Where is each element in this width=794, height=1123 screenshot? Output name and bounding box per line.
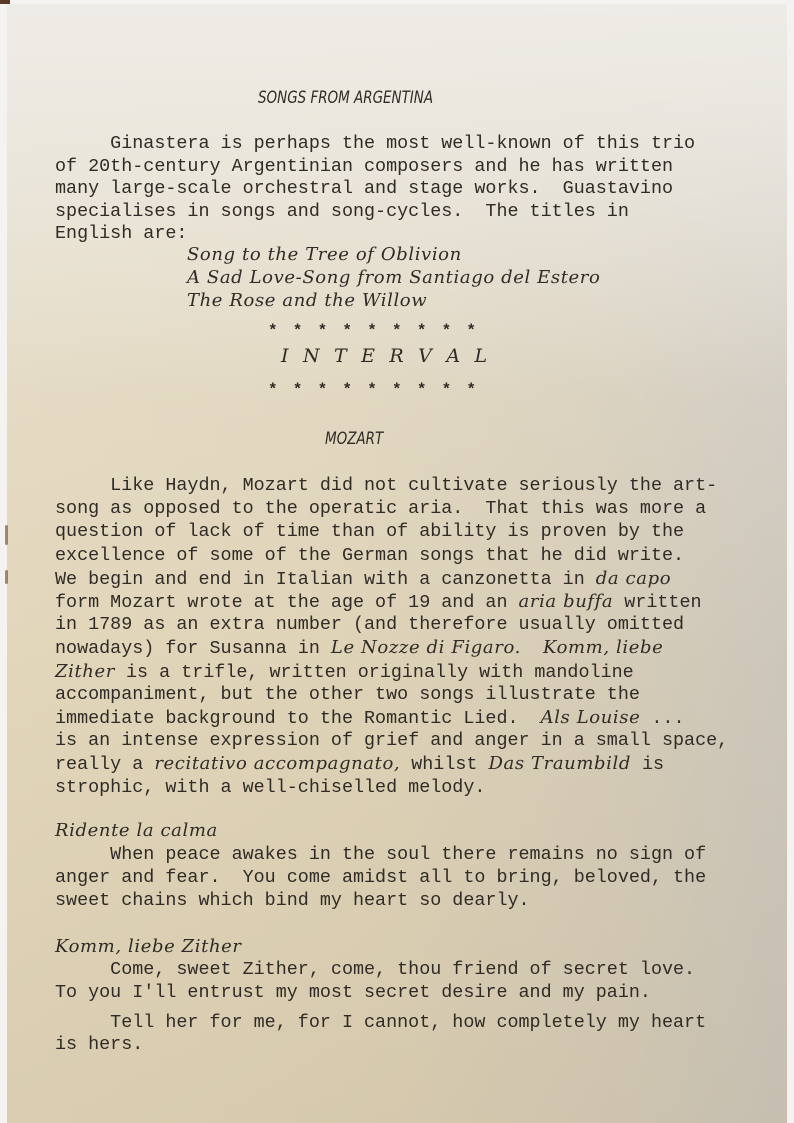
- text-line: in 1789 as an extra number (and therefor…: [55, 613, 684, 636]
- text-line: English are:: [55, 222, 187, 245]
- text-line: really a recitativo accompagnato, whilst…: [55, 752, 664, 776]
- section-heading-argentina: SONGS FROM ARGENTINA: [258, 87, 433, 110]
- text-line: When peace awakes in the soul there rema…: [55, 843, 706, 866]
- text-line: accompaniment, but the other two songs i…: [55, 683, 640, 706]
- text-line: Come, sweet Zither, come, thou friend of…: [55, 958, 695, 981]
- italic-phrase: Als Louise: [541, 707, 641, 728]
- text-line: We begin and end in Italian with a canzo…: [55, 567, 671, 591]
- interval-stars-top: * * * * * * * * *: [268, 320, 479, 343]
- text-line: is hers.: [55, 1033, 143, 1056]
- text-line: question of lack of time than of ability…: [55, 520, 684, 543]
- italic-phrase: Le Nozze di Figaro.: [331, 637, 521, 658]
- typed-document: SONGS FROM ARGENTINA Ginastera is perhap…: [0, 0, 794, 1123]
- text-line: specialises in songs and song-cycles. Th…: [55, 200, 629, 223]
- text-line: form Mozart wrote at the age of 19 and a…: [55, 590, 702, 614]
- song-title-line: Song to the Tree of Oblivion: [187, 243, 462, 266]
- text-line: sweet chains which bind my heart so dear…: [55, 889, 530, 912]
- text-line: many large-scale orchestral and stage wo…: [55, 177, 673, 200]
- italic-phrase: da capo: [596, 568, 671, 589]
- italic-phrase: recitativo accompagnato,: [154, 753, 400, 774]
- italic-phrase: aria buffa: [519, 591, 614, 612]
- text-line: strophic, with a well-chiselled melody.: [55, 776, 485, 799]
- italic-phrase: Zither: [55, 661, 115, 682]
- text-line: Like Haydn, Mozart did not cultivate ser…: [55, 474, 717, 497]
- text-line: nowadays) for Susanna in Le Nozze di Fig…: [55, 636, 663, 660]
- text-line: Tell her for me, for I cannot, how compl…: [55, 1011, 706, 1034]
- text-line: immediate background to the Romantic Lie…: [55, 706, 685, 730]
- text-line: Zither is a trifle, written originally w…: [55, 660, 634, 684]
- text-line: anger and fear. You come amidst all to b…: [55, 866, 706, 889]
- text-line: of 20th-century Argentinian composers an…: [55, 155, 673, 178]
- text-line: Ginastera is perhaps the most well-known…: [55, 132, 695, 155]
- song-title-line: A Sad Love-Song from Santiago del Estero: [187, 266, 600, 289]
- section-heading-mozart: MOZART: [325, 428, 383, 451]
- text-line: is an intense expression of grief and an…: [55, 729, 728, 752]
- song-title-line: The Rose and the Willow: [187, 289, 427, 312]
- song-title-komm: Komm, liebe Zither: [55, 935, 242, 958]
- italic-phrase: Komm, liebe: [543, 637, 663, 658]
- interval-label: I N T E R V A L: [281, 345, 491, 368]
- text-line: song as opposed to the operatic aria. Th…: [55, 497, 706, 520]
- interval-stars-bottom: * * * * * * * * *: [268, 379, 479, 402]
- italic-phrase: Das Traumbild: [489, 753, 631, 774]
- text-line: To you I'll entrust my most secret desir…: [55, 981, 651, 1004]
- song-title-ridente: Ridente la calma: [55, 819, 218, 842]
- text-line: excellence of some of the German songs t…: [55, 544, 684, 567]
